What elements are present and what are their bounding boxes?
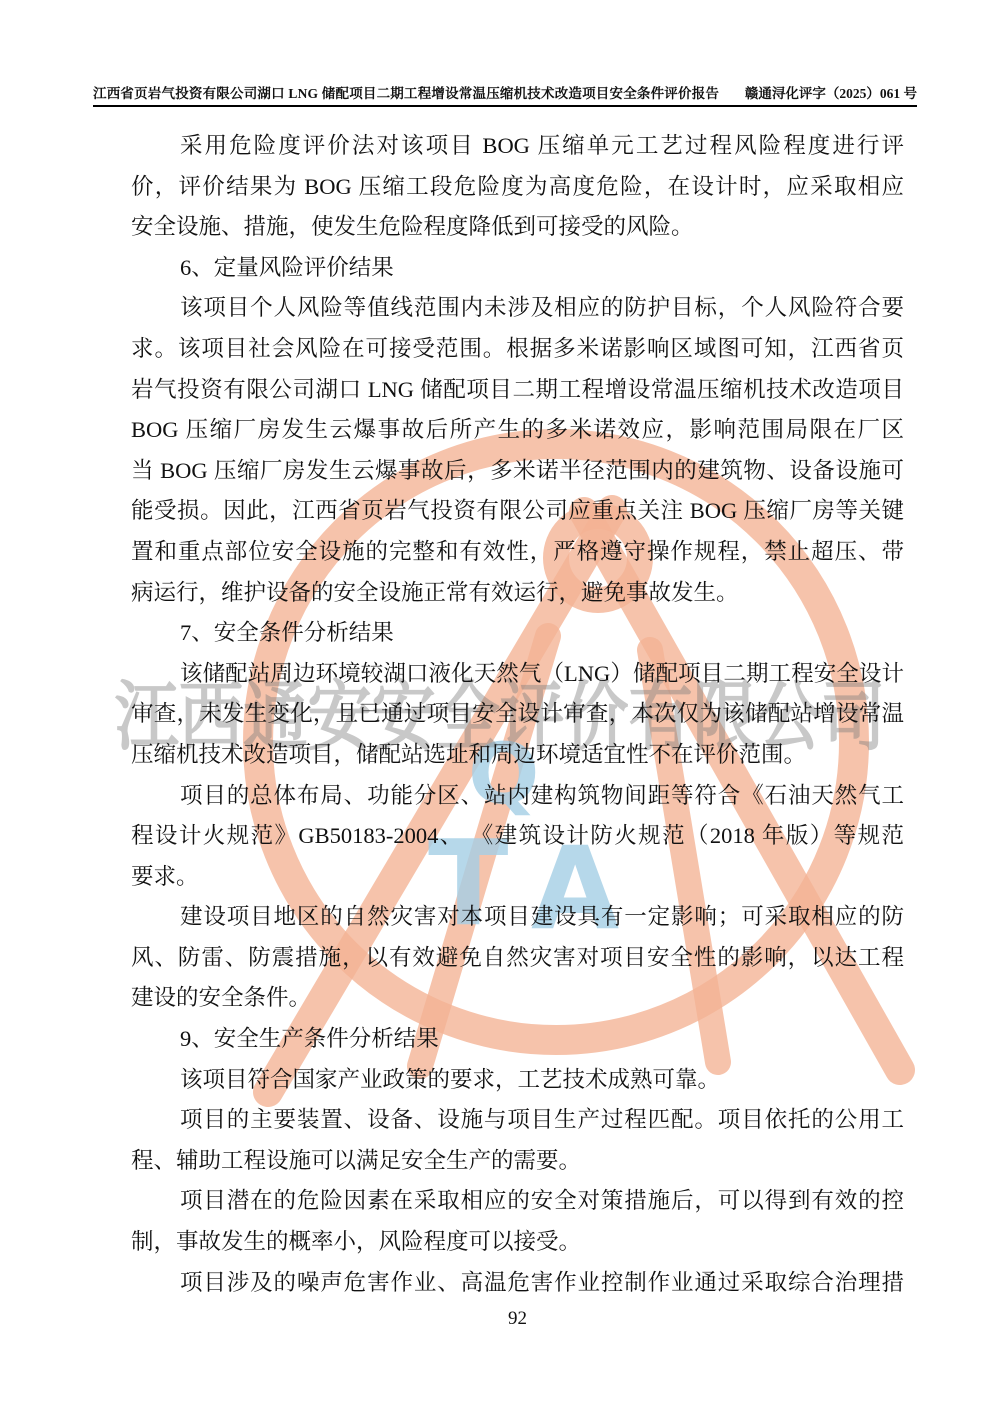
text-line: 建设项目地区的自然灾害对本项目建设具有一定影响；可采取相应的防 bbox=[131, 897, 904, 938]
text-line: 置和重点部位安全设施的完整和有效性，严格遵守操作规程，禁止超压、带 bbox=[131, 532, 904, 573]
text-line: 项目的总体布局、功能分区、站内建构筑物间距等符合《石油天然气工 bbox=[131, 776, 904, 817]
text-line: 能受损。因此，江西省页岩气投资有限公司应重点关注 BOG 压缩厂房等关键装 bbox=[131, 491, 904, 532]
text-line: 项目潜在的危险因素在采取相应的安全对策措施后，可以得到有效的控 bbox=[131, 1181, 904, 1222]
text-line: 该项目个人风险等值线范围内未涉及相应的防护目标，个人风险符合要 bbox=[131, 288, 904, 329]
text-line: 要求。 bbox=[131, 857, 904, 898]
text-line: 审查，未发生变化，且已通过项目安全设计审查，本次仅为该储配站增设常温 bbox=[131, 694, 904, 735]
text-line: 采用危险度评价法对该项目 BOG 压缩单元工艺过程风险程度进行评 bbox=[131, 126, 904, 167]
text-line: 建设的安全条件。 bbox=[131, 978, 904, 1019]
text-line: 该储配站周边环境较湖口液化天然气（LNG）储配项目二期工程安全设计 bbox=[131, 654, 904, 695]
text-line: 程设计火规范》GB50183-2004、 《建筑设计防火规范（2018 年版）等… bbox=[131, 816, 904, 857]
text-line: 岩气投资有限公司湖口 LNG 储配项目二期工程增设常温压缩机技术改造项目 bbox=[131, 370, 904, 411]
text-line: 制，事故发生的概率小，风险程度可以接受。 bbox=[131, 1222, 904, 1263]
text-line: 压缩机技术改造项目，储配站选址和周边环境适宜性不在评价范围。 bbox=[131, 735, 904, 776]
document-page: Q T A 江西通安安全评价有限公司 江西省页岩气投资有限公司湖口 LNG 储配… bbox=[0, 0, 1000, 1414]
text-line: 安全设施、措施，使发生危险程度降低到可接受的风险。 bbox=[131, 207, 904, 248]
text-line: 价，评价结果为 BOG 压缩工段危险度为高度危险，在设计时，应采取相应 bbox=[131, 167, 904, 208]
section-heading: 6、定量风险评价结果 bbox=[131, 248, 904, 289]
section-heading: 9、安全生产条件分析结果 bbox=[131, 1019, 904, 1060]
content: 采用危险度评价法对该项目 BOG 压缩单元工艺过程风险程度进行评价，评价结果为 … bbox=[131, 126, 904, 1303]
text-line: 病运行，维护设备的安全设施正常有效运行，避免事故发生。 bbox=[131, 573, 904, 614]
text-line: 当 BOG 压缩厂房发生云爆事故后，多米诺半径范围内的建筑物、设备设施可 bbox=[131, 451, 904, 492]
section-heading: 7、安全条件分析结果 bbox=[131, 613, 904, 654]
text-line: 项目的主要装置、设备、设施与项目生产过程匹配。项目依托的公用工 bbox=[131, 1100, 904, 1141]
header-report-title: 江西省页岩气投资有限公司湖口 LNG 储配项目二期工程增设常温压缩机技术改造项目… bbox=[93, 82, 719, 102]
text-line: 求。该项目社会风险在可接受范围。根据多米诺影响区域图可知，江西省页 bbox=[131, 329, 904, 370]
header-doc-number: 赣通浔化评字（2025）061 号 bbox=[745, 82, 917, 102]
text-line: 项目涉及的噪声危害作业、高温危害作业控制作业通过采取综合治理措 bbox=[131, 1263, 904, 1304]
text-line: 风、防雷、防震措施，以有效避免自然灾害对项目安全性的影响，以达工程 bbox=[131, 938, 904, 979]
text-line: 程、辅助工程设施可以满足安全生产的需要。 bbox=[131, 1141, 904, 1182]
text-line: 该项目符合国家产业政策的要求，工艺技术成熟可靠。 bbox=[131, 1060, 904, 1101]
text-line: BOG 压缩厂房发生云爆事故后所产生的多米诺效应，影响范围局限在厂区内。 bbox=[131, 410, 904, 451]
page-header: 江西省页岩气投资有限公司湖口 LNG 储配项目二期工程增设常温压缩机技术改造项目… bbox=[93, 82, 917, 107]
page-number: 92 bbox=[131, 1308, 904, 1330]
